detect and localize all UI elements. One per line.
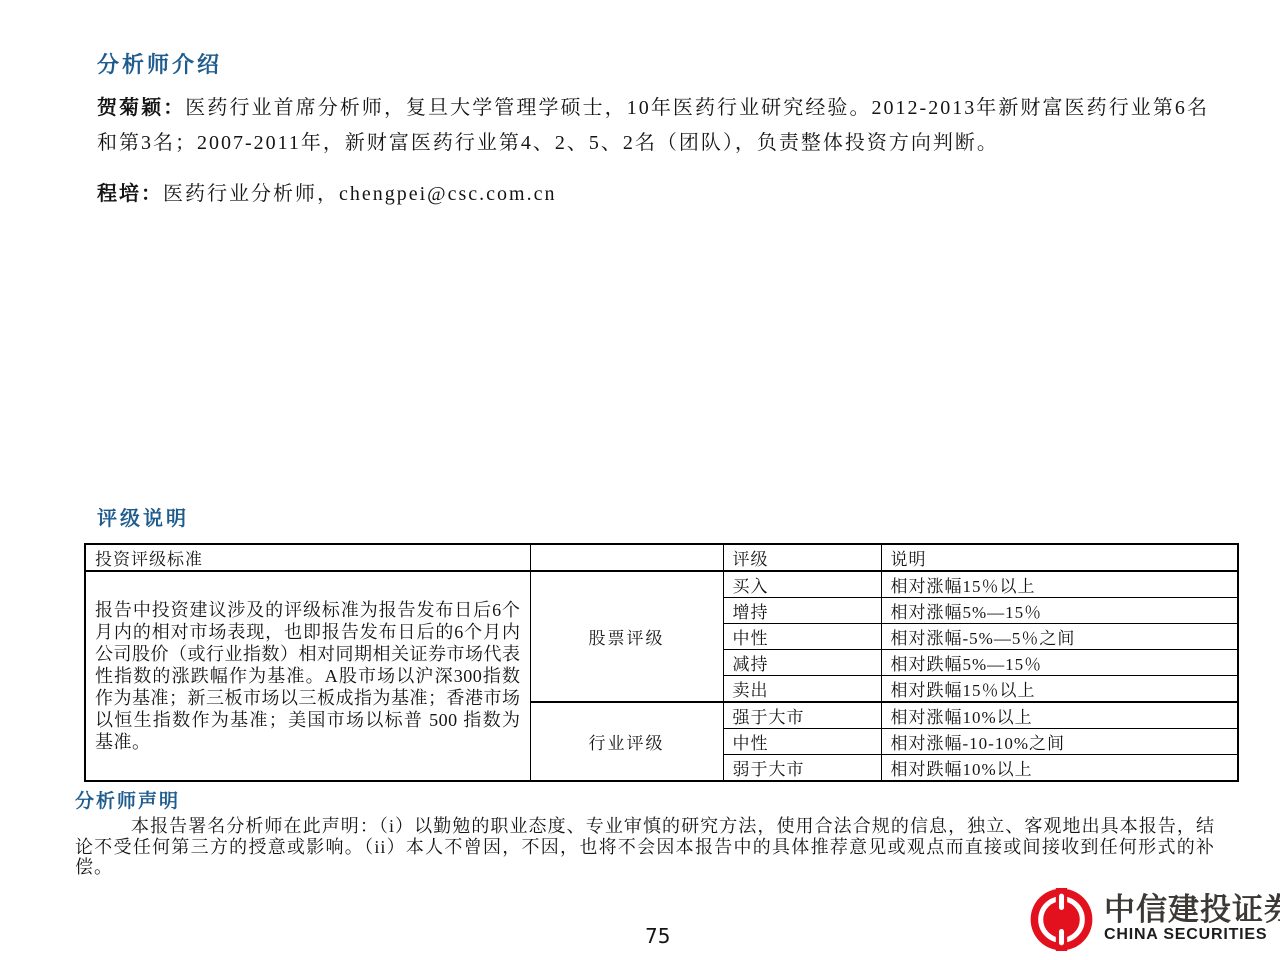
page-number: 75 bbox=[645, 924, 670, 948]
analyst-statement-section: 分析师声明 本报告署名分析师在此声明：（i）以勤勉的职业态度、专业审慎的研究方法… bbox=[75, 786, 1215, 878]
rating-cell: 减持 bbox=[723, 650, 881, 676]
analyst-bio-2: 程培：医药行业分析师，chengpei@csc.com.cn bbox=[97, 177, 1209, 212]
logo-text: 中信建投证券 CHINA SECURITIES bbox=[1104, 894, 1280, 944]
rating-cell: 买入 bbox=[723, 571, 881, 598]
rating-cell: 中性 bbox=[723, 729, 881, 755]
section-title-rating: 评级说明 bbox=[97, 502, 1237, 531]
analyst-intro-section: 分析师介绍 贺菊颖：医药行业首席分析师，复旦大学管理学硕士，10年医药行业研究经… bbox=[97, 48, 1209, 212]
logo-name-cn: 中信建投证券 bbox=[1104, 894, 1280, 926]
logo-name-en: CHINA SECURITIES bbox=[1104, 926, 1280, 944]
analyst-bio-1: 贺菊颖：医药行业首席分析师，复旦大学管理学硕士，10年医药行业研究经验。2012… bbox=[97, 91, 1209, 161]
desc-cell: 相对跌幅15％以上 bbox=[881, 676, 1238, 703]
desc-cell: 相对涨幅5%—15％ bbox=[881, 598, 1238, 624]
rating-cell: 强于大市 bbox=[723, 702, 881, 729]
rating-cell: 增持 bbox=[723, 598, 881, 624]
citic-emblem-icon bbox=[1030, 888, 1093, 951]
criteria-text-cell: 报告中投资建议涉及的评级标准为报告发布日后6个月内的相对市场表现，也即报告发布日… bbox=[85, 571, 530, 781]
header-cell-rating: 评级 bbox=[723, 544, 881, 571]
group-label-industry: 行业评级 bbox=[530, 702, 723, 781]
section-title-analyst-intro: 分析师介绍 bbox=[97, 48, 1209, 79]
analyst-1-bio-text: 医药行业首席分析师，复旦大学管理学硕士，10年医药行业研究经验。2012-201… bbox=[97, 97, 1209, 154]
desc-cell: 相对涨幅15％以上 bbox=[881, 571, 1238, 598]
group-label-stock: 股票评级 bbox=[530, 571, 723, 702]
section-title-statement: 分析师声明 bbox=[75, 786, 1215, 813]
rating-table: 投资评级标准 评级 说明 报告中投资建议涉及的评级标准为报告发布日后6个月内的相… bbox=[84, 543, 1239, 782]
emblem-slot-bottom bbox=[1059, 928, 1064, 944]
header-cell-desc: 说明 bbox=[881, 544, 1238, 571]
rating-cell: 弱于大市 bbox=[723, 755, 881, 782]
header-cell-empty bbox=[530, 544, 723, 571]
header-cell-criteria: 投资评级标准 bbox=[85, 544, 530, 571]
analyst-1-name: 贺菊颖： bbox=[97, 97, 185, 119]
emblem-slot-top bbox=[1059, 893, 1064, 909]
desc-cell: 相对涨幅10%以上 bbox=[881, 702, 1238, 729]
rating-section: 评级说明 投资评级标准 评级 说明 报告中投资建议涉及的评级标准为报告发布日后6… bbox=[84, 502, 1237, 782]
rating-cell: 中性 bbox=[723, 624, 881, 650]
rating-table-header-row: 投资评级标准 评级 说明 bbox=[85, 544, 1238, 571]
rating-cell: 卖出 bbox=[723, 676, 881, 703]
analyst-2-bio-text: 医药行业分析师，chengpei@csc.com.cn bbox=[163, 183, 556, 205]
analyst-2-name: 程培： bbox=[97, 183, 163, 205]
desc-cell: 相对涨幅-10-10%之间 bbox=[881, 729, 1238, 755]
company-logo: 中信建投证券 CHINA SECURITIES bbox=[1030, 886, 1280, 952]
desc-cell: 相对跌幅5%—15％ bbox=[881, 650, 1238, 676]
report-page: 分析师介绍 贺菊颖：医药行业首席分析师，复旦大学管理学硕士，10年医药行业研究经… bbox=[0, 0, 1280, 960]
desc-cell: 相对跌幅10%以上 bbox=[881, 755, 1238, 782]
statement-text: 本报告署名分析师在此声明：（i）以勤勉的职业态度、专业审慎的研究方法，使用合法合… bbox=[75, 816, 1215, 878]
desc-cell: 相对涨幅-5%—5％之间 bbox=[881, 624, 1238, 650]
table-row: 报告中投资建议涉及的评级标准为报告发布日后6个月内的相对市场表现，也即报告发布日… bbox=[85, 571, 1238, 598]
